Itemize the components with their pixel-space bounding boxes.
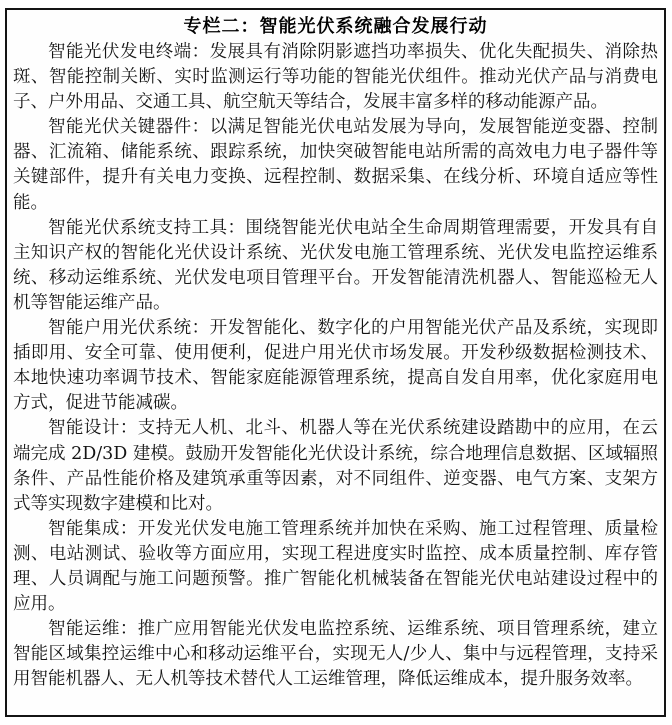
paragraph-support-tools: 智能光伏系统支持工具：围绕智能光伏电站全生命周期管理需要，开发具有自主知识产权的… [13,216,658,316]
paragraph-key-components: 智能光伏关键器件：以满足智能光伏电站发展为导向，发展智能逆变器、控制器、汇流箱、… [13,115,658,215]
paragraph-smart-om: 智能运维：推广应用智能光伏发电监控系统、运维系统、项目管理系统，建立智能区域集控… [13,617,658,692]
paragraph-smart-integration: 智能集成：开发光伏发电施工管理系统并加快在采购、施工过程管理、质量检测、电站测试… [13,517,658,617]
policy-column-box: 专栏二：智能光伏系统融合发展行动 智能光伏发电终端：发展具有消除阴影遮挡功率损失… [5,8,666,717]
paragraph-smart-design: 智能设计：支持无人机、北斗、机器人等在光伏系统建设踏勘中的应用，在云端完成 2D… [13,416,658,516]
column-title: 专栏二：智能光伏系统融合发展行动 [13,13,658,40]
paragraph-household-pv: 智能户用光伏系统：开发智能化、数字化的户用智能光伏产品及系统，实现即插即用、安全… [13,316,658,416]
paragraph-smart-pv-terminal: 智能光伏发电终端：发展具有消除阴影遮挡功率损失、优化失配损失、消除热斑、智能控制… [13,40,658,115]
